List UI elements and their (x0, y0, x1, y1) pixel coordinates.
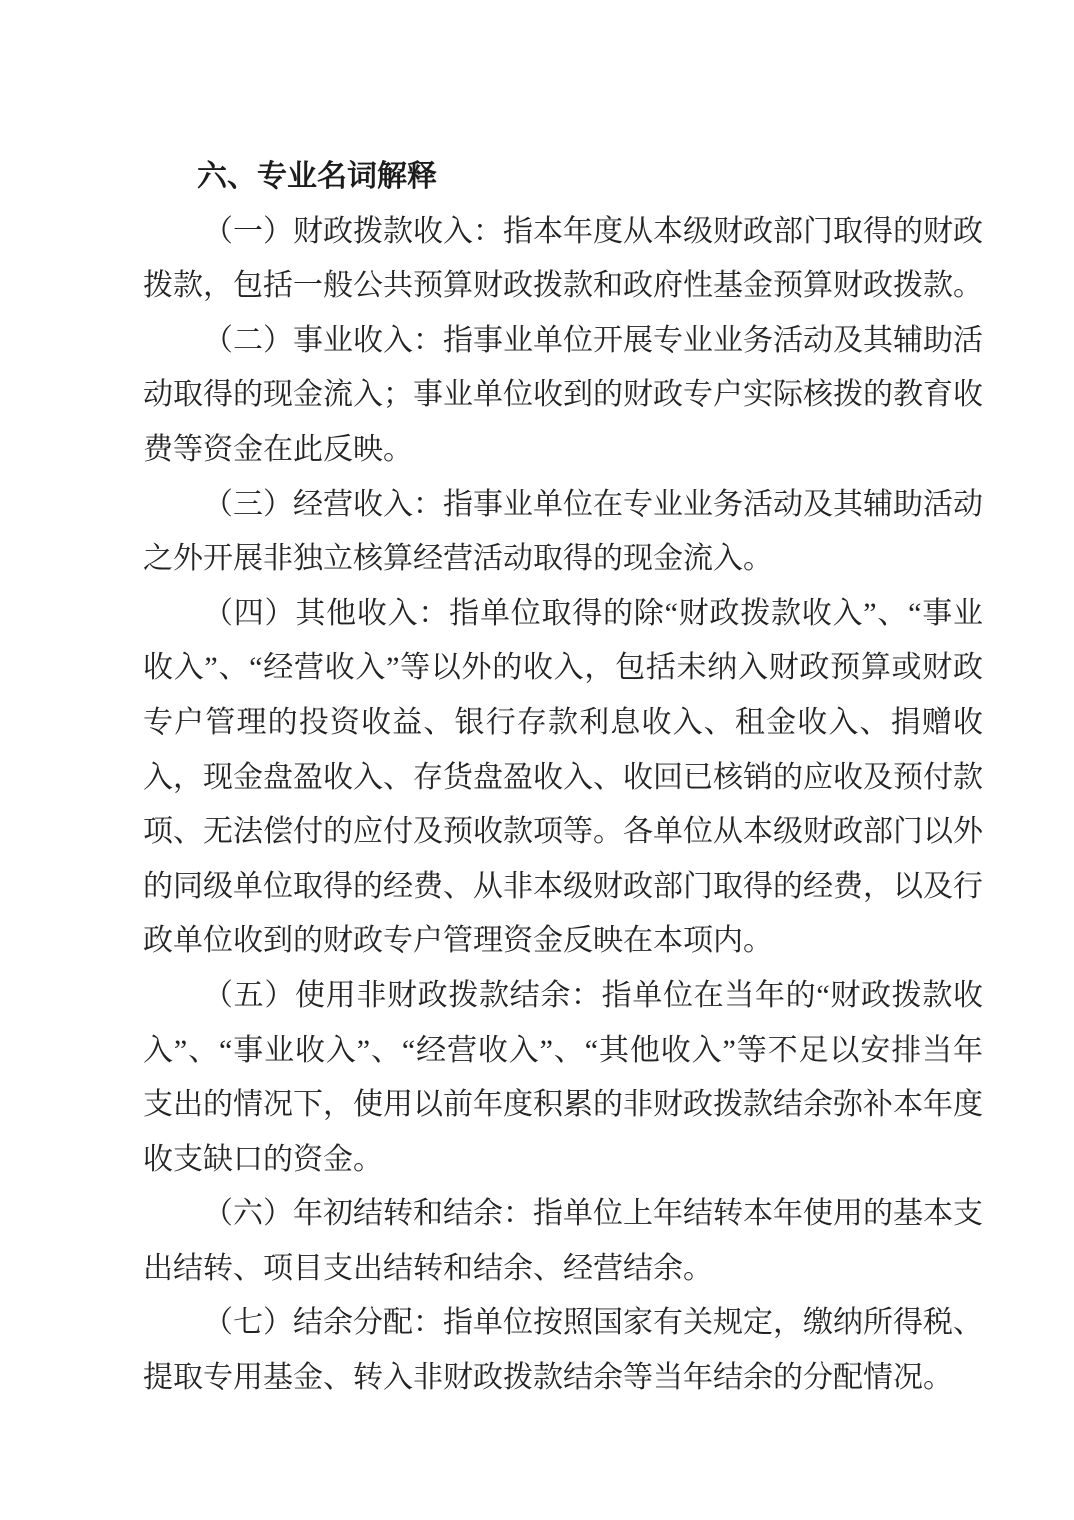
term-definition-fiscal-appropriation-income: （一）财政拨款收入：指本年度从本级财政部门取得的财政拨款，包括一般公共预算财政拨… (143, 205, 983, 314)
term-definition-surplus-distribution: （七）结余分配：指单位按照国家有关规定，缴纳所得税、提取专用基金、转入非财政拨款… (143, 1296, 983, 1405)
term-definition-business-income: （三）经营收入：指事业单位在专业业务活动及其辅助活动之外开展非独立核算经营活动取… (143, 478, 983, 587)
term-definition-use-of-non-fiscal-surplus: （五）使用非财政拨款结余：指单位在当年的“财政拨款收入”、“事业收入”、“经营收… (143, 969, 983, 1187)
document-page: 六、专业名词解释 （一）财政拨款收入：指本年度从本级财政部门取得的财政拨款，包括… (0, 0, 1074, 1520)
term-definition-operational-income: （二）事业收入：指事业单位开展专业业务活动及其辅助活动取得的现金流入；事业单位收… (143, 314, 983, 478)
section-heading: 六、专业名词解释 (143, 150, 983, 205)
document-content: 六、专业名词解释 （一）财政拨款收入：指本年度从本级财政部门取得的财政拨款，包括… (143, 150, 983, 1406)
term-definition-beginning-year-carryover: （六）年初结转和结余：指单位上年结转本年使用的基本支出结转、项目支出结转和结余、… (143, 1187, 983, 1296)
term-definition-other-income: （四）其他收入：指单位取得的除“财政拨款收入”、“事业收入”、“经营收入”等以外… (143, 587, 983, 969)
